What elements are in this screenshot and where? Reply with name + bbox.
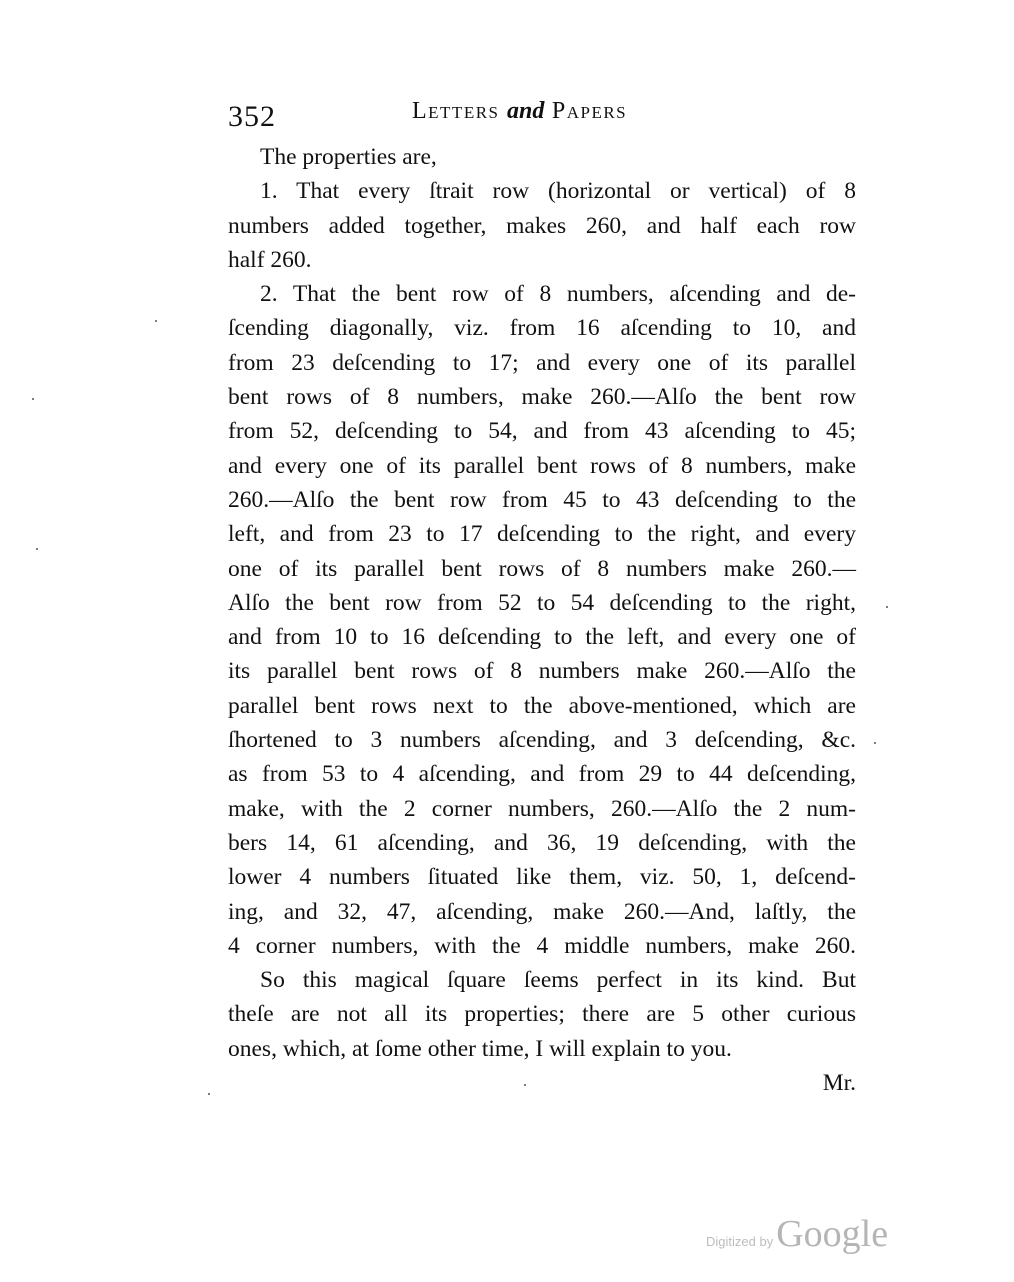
text-line: from 23 deſcending to 17; and every one …: [228, 346, 856, 380]
text-line: 4 corner numbers, with the 4 middle numb…: [228, 929, 856, 963]
text-line: make, with the 2 corner numbers, 260.—Al…: [228, 792, 856, 826]
text-line: and every one of its parallel bent rows …: [228, 449, 856, 483]
scan-speck: [32, 398, 34, 400]
running-head-and: and: [507, 98, 544, 124]
text-line: ing, and 32, 47, aſcending, make 260.—An…: [228, 895, 856, 929]
text-line: one of its parallel bent rows of 8 numbe…: [228, 552, 856, 586]
text-line: parallel bent rows next to the above-men…: [228, 689, 856, 723]
text-line: ones, which, at ſome other time, I will …: [228, 1032, 856, 1066]
text-line: numbers added together, makes 260, and h…: [228, 209, 856, 243]
scan-speck: [874, 742, 876, 744]
body-text: The properties are, 1. That every ſtrait…: [228, 140, 856, 1100]
scan-speck: [155, 320, 157, 322]
running-head: Letters and Papers: [412, 98, 627, 125]
text-line: 260.—Alſo the bent row from 45 to 43 deſ…: [228, 483, 856, 517]
scan-speck: [208, 1093, 210, 1095]
scan-speck: [886, 606, 888, 608]
text-line: So this magical ſquare ſeems perfect in …: [228, 963, 856, 997]
text-line: from 52, deſcending to 54, and from 43 a…: [228, 414, 856, 448]
text-line: lower 4 numbers ſituated like them, viz.…: [228, 860, 856, 894]
text-line: theſe are not all its properties; there …: [228, 997, 856, 1031]
digitized-by-google-watermark: Digitized by Google: [706, 1212, 888, 1256]
text-line: left, and from 23 to 17 deſcending to th…: [228, 517, 856, 551]
page-number: 352: [228, 100, 276, 134]
scan-speck: [36, 548, 38, 550]
text-line: bers 14, 61 aſcending, and 36, 19 deſcen…: [228, 826, 856, 860]
text-line: 2. That the bent row of 8 numbers, aſcen…: [228, 277, 856, 311]
catchword: Mr.: [228, 1066, 856, 1100]
text-line: ſcending diagonally, viz. from 16 aſcend…: [228, 311, 856, 345]
text-line: ſhortened to 3 numbers aſcending, and 3 …: [228, 723, 856, 757]
text-line: The properties are,: [228, 140, 856, 174]
running-head-papers: Papers: [552, 98, 627, 124]
running-head-letters: Letters: [412, 98, 500, 124]
text-line: Alſo the bent row from 52 to 54 deſcendi…: [228, 586, 856, 620]
text-line: bent rows of 8 numbers, make 260.—Alſo t…: [228, 380, 856, 414]
text-line: as from 53 to 4 aſcending, and from 29 t…: [228, 757, 856, 791]
text-line: its parallel bent rows of 8 numbers make…: [228, 654, 856, 688]
text-line: and from 10 to 16 deſcending to the left…: [228, 620, 856, 654]
text-line: 1. That every ſtrait row (horizontal or …: [228, 174, 856, 208]
digitized-by-label: Digitized by: [706, 1234, 773, 1249]
scan-speck: [524, 1084, 526, 1086]
text-line: half 260.: [228, 243, 856, 277]
google-logo: Google: [776, 1212, 888, 1256]
